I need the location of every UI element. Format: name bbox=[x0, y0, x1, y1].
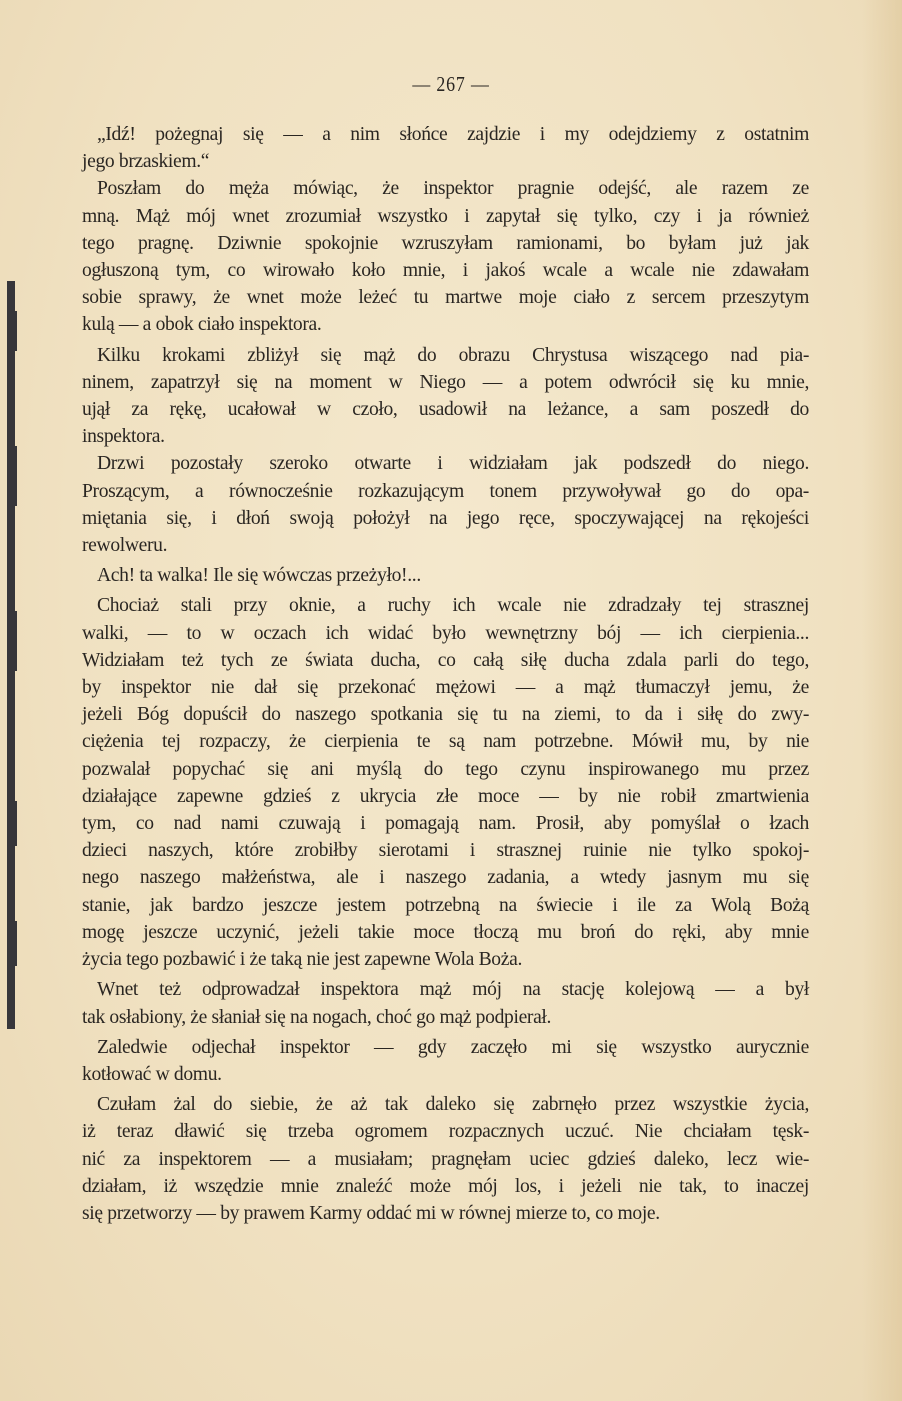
text-line: jeżeli Bóg dopuścił do naszego spotkania… bbox=[82, 701, 809, 728]
text-line: Proszącym, a równocześnie rozkazującym t… bbox=[82, 478, 809, 505]
paragraph: Chociaż stali przy oknie, a ruchy ich wc… bbox=[82, 592, 809, 973]
page-edge-shadow bbox=[862, 0, 902, 1401]
margin-bar-notch bbox=[13, 921, 17, 966]
text-line: tak osłabiony, że słaniał się na nogach,… bbox=[82, 1004, 809, 1031]
text-line: życia tego pozbawić i że taką nie jest z… bbox=[82, 946, 809, 973]
text-line: walki, — to w oczach ich widać było wewn… bbox=[82, 620, 809, 647]
text-line: nego naszego małżeństwa, ale i naszego z… bbox=[82, 864, 809, 891]
text-line: sobie sprawy, że wnet może leżeć tu mart… bbox=[82, 284, 809, 311]
paragraph: Wnet też odprowadzał inspektora mąż mój … bbox=[82, 976, 809, 1030]
text-line: Widziałam też tych ze świata ducha, co c… bbox=[82, 647, 809, 674]
margin-bar-notch bbox=[13, 611, 17, 671]
text-line: Wnet też odprowadzał inspektora mąż mój … bbox=[82, 976, 809, 1003]
text-line: kulą — a obok ciało inspektora. bbox=[82, 311, 809, 338]
margin-bar-notch bbox=[13, 311, 17, 351]
text-line: kotłować w domu. bbox=[82, 1061, 809, 1088]
text-line: by inspektor nie dał się przekonać mężow… bbox=[82, 674, 809, 701]
text-line: Kilku krokami zbliżył się mąż do obrazu … bbox=[82, 342, 809, 369]
text-line: mną. Mąż mój wnet zrozumiał wszystko i z… bbox=[82, 203, 809, 230]
paragraph: Poszłam do męża mówiąc, że inspektor pra… bbox=[82, 175, 809, 338]
paragraph: Kilku krokami zbliżył się mąż do obrazu … bbox=[82, 342, 809, 451]
text-line: Czułam żal do siebie, że aż tak daleko s… bbox=[82, 1091, 809, 1118]
text-line: pozwalał popychać się ani myślą do tego … bbox=[82, 756, 809, 783]
text-line: Drzwi pozostały szeroko otwarte i widzia… bbox=[82, 450, 809, 477]
text-line: nić za inspektorem — a musiałam; pragnęł… bbox=[82, 1146, 809, 1173]
paragraph: Zaledwie odjechał inspektor — gdy zaczęł… bbox=[82, 1034, 809, 1088]
text-line: ninem, zapatrzył się na moment w Niego —… bbox=[82, 369, 809, 396]
text-line: działam, iż wszędzie mnie znaleźć może m… bbox=[82, 1173, 809, 1200]
text-line: iż teraz dławić się trzeba ogromem rozpa… bbox=[82, 1118, 809, 1145]
text-line: Zaledwie odjechał inspektor — gdy zaczęł… bbox=[82, 1034, 809, 1061]
paragraph: Czułam żal do siebie, że aż tak daleko s… bbox=[82, 1091, 809, 1227]
text-line: się przetworzy — by prawem Karmy oddać m… bbox=[82, 1200, 809, 1227]
paragraph: Drzwi pozostały szeroko otwarte i widzia… bbox=[82, 450, 809, 559]
text-line: działające zapewne gdzieś z ukrycia złe … bbox=[82, 783, 809, 810]
text-line: „Idź! pożegnaj się — a nim słońce zajdzi… bbox=[82, 121, 809, 148]
margin-marker-bar bbox=[7, 281, 15, 1029]
text-line: inspektora. bbox=[82, 423, 809, 450]
text-line: Poszłam do męża mówiąc, że inspektor pra… bbox=[82, 175, 809, 202]
text-line: miętania się, i dłoń swoją położył na je… bbox=[82, 505, 809, 532]
text-line: dzieci naszych, które zrobiłby sierotami… bbox=[82, 837, 809, 864]
text-line: tego pragnę. Dziwnie spokojnie wzruszyła… bbox=[82, 230, 809, 257]
text-line: rewolweru. bbox=[82, 532, 809, 559]
margin-bar-notch bbox=[13, 446, 17, 506]
paragraph: „Idź! pożegnaj się — a nim słońce zajdzi… bbox=[82, 121, 809, 175]
text-line: ogłuszoną tym, co wirowało koło mnie, i … bbox=[82, 257, 809, 284]
text-line: Chociaż stali przy oknie, a ruchy ich wc… bbox=[82, 592, 809, 619]
text-line: stanie, jak bardzo jeszcze jestem potrze… bbox=[82, 892, 809, 919]
text-line: mogę jeszcze uczynić, jeżeli takie moce … bbox=[82, 919, 809, 946]
page-number: — 267 — bbox=[68, 72, 835, 97]
page-body-text: „Idź! pożegnaj się — a nim słońce zajdzi… bbox=[82, 121, 809, 1227]
text-line: jego brzaskiem.“ bbox=[82, 148, 809, 175]
text-line: ujął za rękę, ucałował w czoło, usadowił… bbox=[82, 396, 809, 423]
text-line: ciężenia tej rozpaczy, że cierpienia te … bbox=[82, 728, 809, 755]
text-line: Ach! ta walka! Ile się wówczas przeżyło!… bbox=[82, 562, 809, 589]
margin-bar-notch bbox=[13, 801, 17, 846]
paragraph: Ach! ta walka! Ile się wówczas przeżyło!… bbox=[82, 562, 809, 589]
text-line: tym, co nad nami czuwają i pomagają nam.… bbox=[82, 810, 809, 837]
